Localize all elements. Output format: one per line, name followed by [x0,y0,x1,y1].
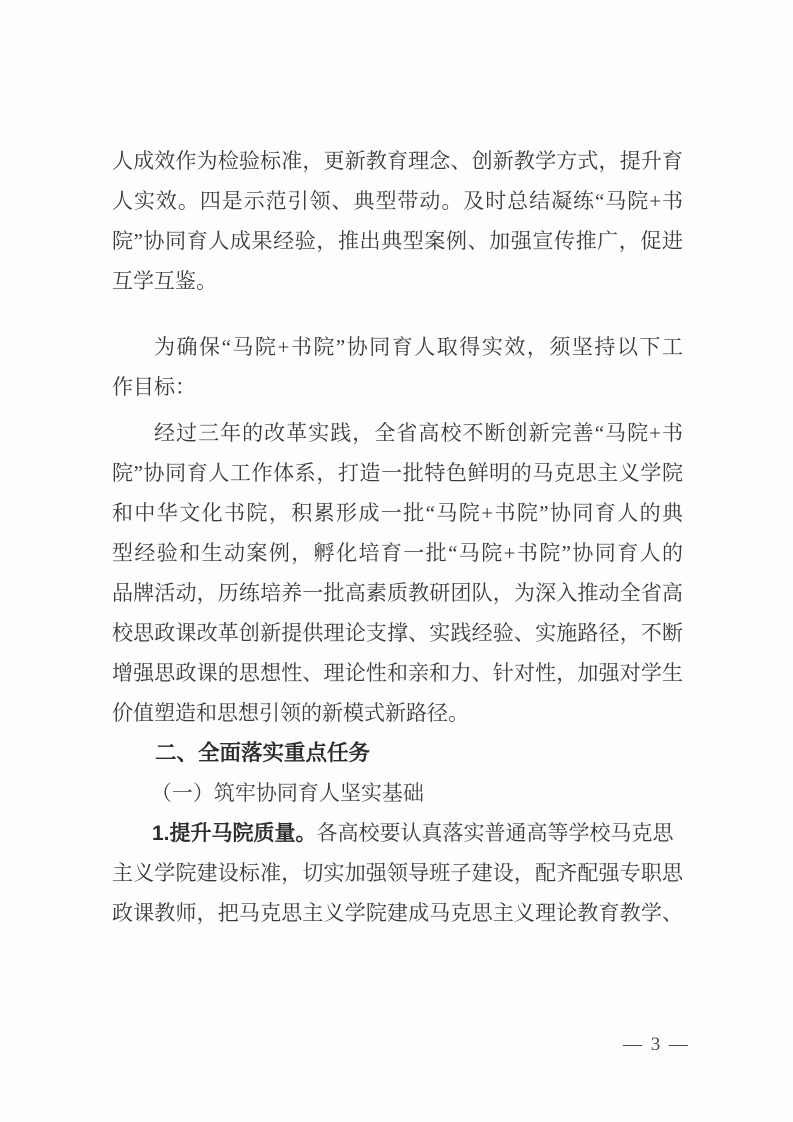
text-line: 人成效作为检验标准，更新教育理念、创新教学方式，提升育 [112,141,683,181]
text-line: 作目标： [112,367,683,407]
text-line: 和中华文化书院，积累形成一批“马院+书院”协同育人的典 [112,493,683,533]
text-line: 增强思政课的思想性、理论性和亲和力、针对性，加强对学生 [112,653,683,693]
paragraph-work-goals: 为确保“马院+书院”协同育人取得实效，须坚持以下工作目标： [112,327,683,407]
text-line: 为确保“马院+书院”协同育人取得实效，须坚持以下工 [112,327,683,367]
paragraph-three-year-practice: 经过三年的改革实践，全省高校不断创新完善“马院+书院”协同育人工作体系，打造一批… [112,413,683,733]
text-line: 品牌活动，历练培养一批高素质教研团队，为深入推动全省高 [112,573,683,613]
page-footer: — 3 — [623,1031,690,1059]
page-number: — 3 — [623,1034,690,1055]
text-line: 价值塑造和思想引领的新模式新路径。 [112,693,683,733]
text-line: 主义学院建设标准，切实加强领导班子建设，配齐配强专职思 [112,853,683,893]
text-line: 1.提升马院质量。各高校要认真落实普通高等学校马克思 [112,813,683,853]
paragraph-continuation: 人成效作为检验标准，更新教育理念、创新教学方式，提升育人实效。四是示范引领、典型… [112,141,683,301]
item-1-line1-rest: 各高校要认真落实普通高等学校马克思 [317,821,674,845]
text-line: 经过三年的改革实践，全省高校不断创新完善“马院+书 [112,413,683,453]
page-content: 人成效作为检验标准，更新教育理念、创新教学方式，提升育人实效。四是示范引领、典型… [112,141,683,933]
text-line: 政课教师，把马克思主义学院建成马克思主义理论教育教学、 [112,893,683,933]
text-line: 型经验和生动案例，孵化培育一批“马院+书院”协同育人的 [112,533,683,573]
paragraph-item-1: 1.提升马院质量。各高校要认真落实普通高等学校马克思 主义学院建设标准，切实加强… [112,813,683,933]
text-line: 院”协同育人工作体系，打造一批特色鲜明的马克思主义学院 [112,453,683,493]
text-line: 院”协同育人成果经验，推出典型案例、加强宣传推广，促进 [112,221,683,261]
scanned-document-page: { "page": { "footer": { "page_number": "… [0,0,793,1122]
text-line: 人实效。四是示范引领、典型带动。及时总结凝练“马院+书 [112,181,683,221]
item-1-bold-lead: 1.提升马院质量。 [152,822,317,845]
paragraph-item-1-rest: 主义学院建设标准，切实加强领导班子建设，配齐配强专职思政课教师，把马克思主义学院… [112,853,683,933]
text-line: 互学互鉴。 [112,261,683,301]
section-heading: 二、全面落实重点任务 [112,733,683,773]
subsection-heading: （一）筑牢协同育人坚实基础 [112,773,683,813]
text-line: 校思政课改革创新提供理论支撑、实践经验、实施路径，不断 [112,613,683,653]
